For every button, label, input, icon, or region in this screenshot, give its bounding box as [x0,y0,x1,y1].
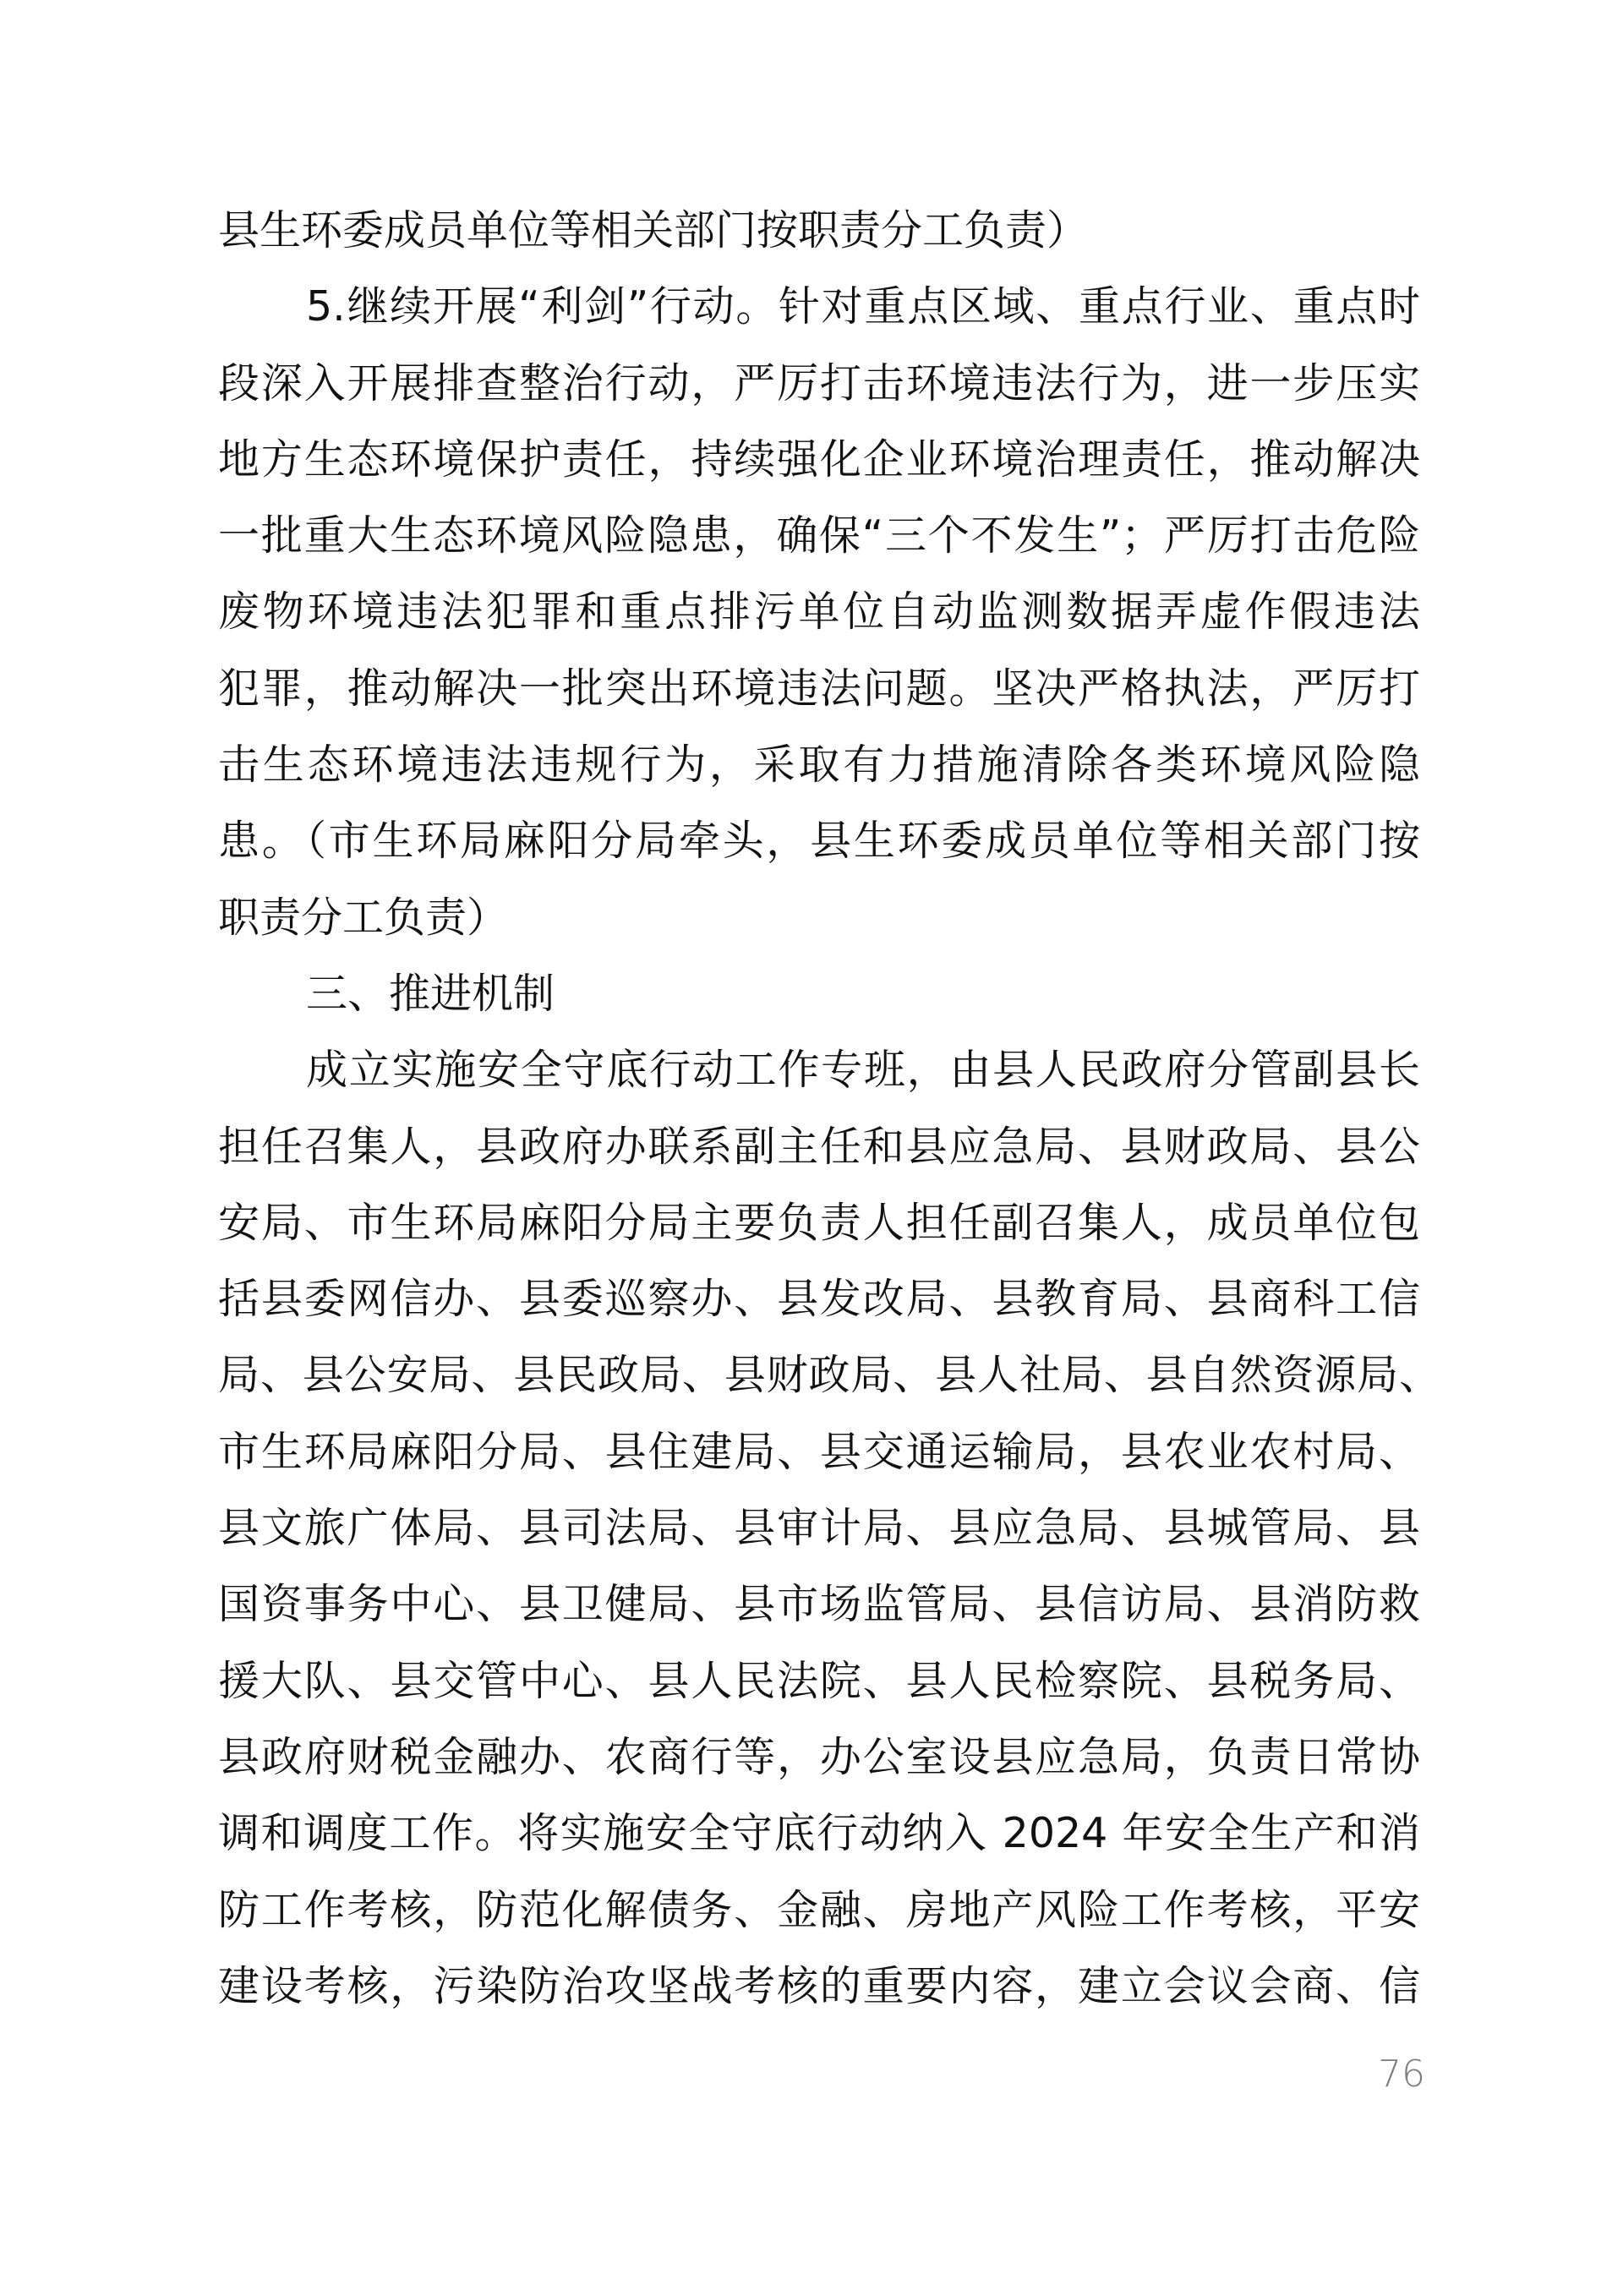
paragraph-start: 成立实施安全守底行动工作专班，由县人民政府分管副县长 [218,1032,1420,1108]
text-line: 地方生态环境保护责任，持续强化企业环境治理责任，推动解决 [218,422,1420,498]
section-heading: 三、推进机制 [218,956,1420,1032]
text-line: 犯罪，推动解决一批突出环境违法问题。坚决严格执法，严厉打 [218,651,1420,727]
text-line: 击生态环境违法违规行为，采取有力措施清除各类环境风险隐 [218,727,1420,803]
text-line: 局、县公安局、县民政局、县财政局、县人社局、县自然资源局、 [218,1337,1440,1413]
list-item-heading: 5.继续开展“利剑”行动。针对重点区域、重点行业、重点时 [218,269,1420,345]
text-line: 援大队、县交管中心、县人民法院、县人民检察院、县税务局、 [218,1643,1420,1719]
text-line: 患。（市生环局麻阳分局牵头，县生环委成员单位等相关部门按 [218,803,1420,879]
document-page: 县生环委成员单位等相关部门按职责分工负责） 5.继续开展“利剑”行动。针对重点区… [0,0,1623,2296]
body-text: 县生环委成员单位等相关部门按职责分工负责） 5.继续开展“利剑”行动。针对重点区… [218,193,1420,2025]
text-line: 建设考核，污染防治攻坚战考核的重要内容，建立会议会商、信 [218,1949,1420,2025]
text-line: 县文旅广体局、县司法局、县审计局、县应急局、县城管局、县 [218,1490,1420,1566]
text-line: 安局、市生环局麻阳分局主要负责人担任副召集人，成员单位包 [218,1185,1420,1261]
text-line: 段深入开展排查整治行动，严厉打击环境违法行为，进一步压实 [218,346,1420,422]
text-line: 防工作考核，防范化解债务、金融、房地产风险工作考核，平安 [218,1872,1420,1949]
text-line: 担任召集人，县政府办联系副主任和县应急局、县财政局、县公 [218,1109,1420,1185]
text-line: 县生环委成员单位等相关部门按职责分工负责） [218,193,1420,269]
text-line: 一批重大生态环境风险隐患，确保“三个不发生”；严厉打击危险 [218,498,1420,574]
text-line: 废物环境违法犯罪和重点排污单位自动监测数据弄虚作假违法 [218,574,1420,650]
text-line: 括县委网信办、县委巡察办、县发改局、县教育局、县商科工信 [218,1261,1420,1337]
text-line: 职责分工负责） [218,880,1420,956]
page-number: 76 [1374,2053,1425,2096]
text-line: 调和调度工作。将实施安全守底行动纳入 2024 年安全生产和消 [218,1796,1420,1872]
text-line: 国资事务中心、县卫健局、县市场监管局、县信访局、县消防救 [218,1566,1420,1643]
text-line: 县政府财税金融办、农商行等，办公室设县应急局，负责日常协 [218,1719,1420,1796]
text-line: 市生环局麻阳分局、县住建局、县交通运输局，县农业农村局、 [218,1414,1420,1490]
